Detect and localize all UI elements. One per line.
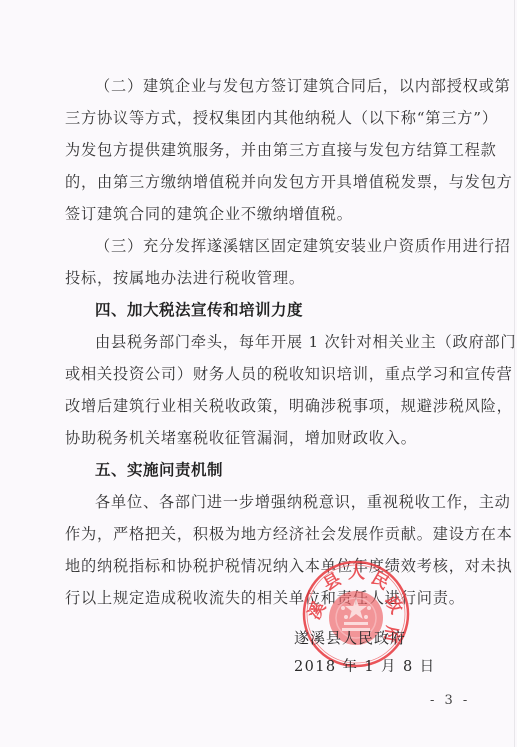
section-5-line-1: 各单位、各部门进一步增强纳税意识，重视税收工作，主动 bbox=[95, 492, 511, 512]
paragraph-2-line-5: 签订建筑合同的建筑企业不缴纳增值税。 bbox=[65, 204, 353, 224]
section-5-line-3: 地的纳税指标和协税护税情况纳入本单位年度绩效考核，对未执 bbox=[65, 556, 513, 576]
paragraph-3-line-2: 投标，按属地办法进行税收管理。 bbox=[65, 268, 305, 288]
page-number: - 3 - bbox=[430, 693, 470, 708]
paragraph-2-line-1: （二）建筑企业与发包方签订建筑合同后，以内部授权或第 bbox=[95, 76, 511, 96]
section-5-line-2: 作为，严格把关，积极为地方经济社会发展作贡献。建设方在本 bbox=[65, 524, 513, 544]
section-4-line-2: 或相关投资公司）财务人员的税收知识培训，重点学习和宣传营 bbox=[65, 364, 513, 384]
issue-date: 2018 年 1 月 8 日 bbox=[294, 655, 436, 676]
section-4-line-1: 由县税务部门牵头，每年开展 1 次针对相关业主（政府部门 bbox=[95, 332, 516, 352]
svg-text:政: 政 bbox=[380, 592, 407, 617]
section-heading-4: 四、加大税法宣传和培训力度 bbox=[95, 300, 303, 320]
section-heading-5: 五、实施问责机制 bbox=[95, 460, 223, 480]
svg-text:人: 人 bbox=[348, 563, 365, 583]
official-seal-icon: 溪 县 人 民 政 府 bbox=[296, 558, 416, 668]
page-edge bbox=[514, 0, 515, 747]
section-4-line-4: 协助税务机关堵塞税收征管漏洞，增加财政收入。 bbox=[65, 428, 417, 448]
paragraph-2-line-4: 的，由第三方缴纳增值税并向发包方开具增值税发票，与发包方 bbox=[65, 172, 513, 192]
paragraph-2-line-3: 为发包方提供建筑服务，并由第三方直接与发包方结算工程款 bbox=[65, 140, 497, 160]
paragraph-3-line-1: （三）充分发挥遂溪辖区固定建筑安装业户资质作用进行招 bbox=[95, 236, 511, 256]
paragraph-2-line-2: 三方协议等方式，授权集团内其他纳税人（以下称“第三方”） bbox=[65, 108, 498, 128]
issuer-signature: 遂溪县人民政府 bbox=[294, 627, 406, 648]
section-4-line-3: 改增后建筑行业相关税收政策，明确涉税事项，规避涉税风险， bbox=[65, 396, 513, 416]
